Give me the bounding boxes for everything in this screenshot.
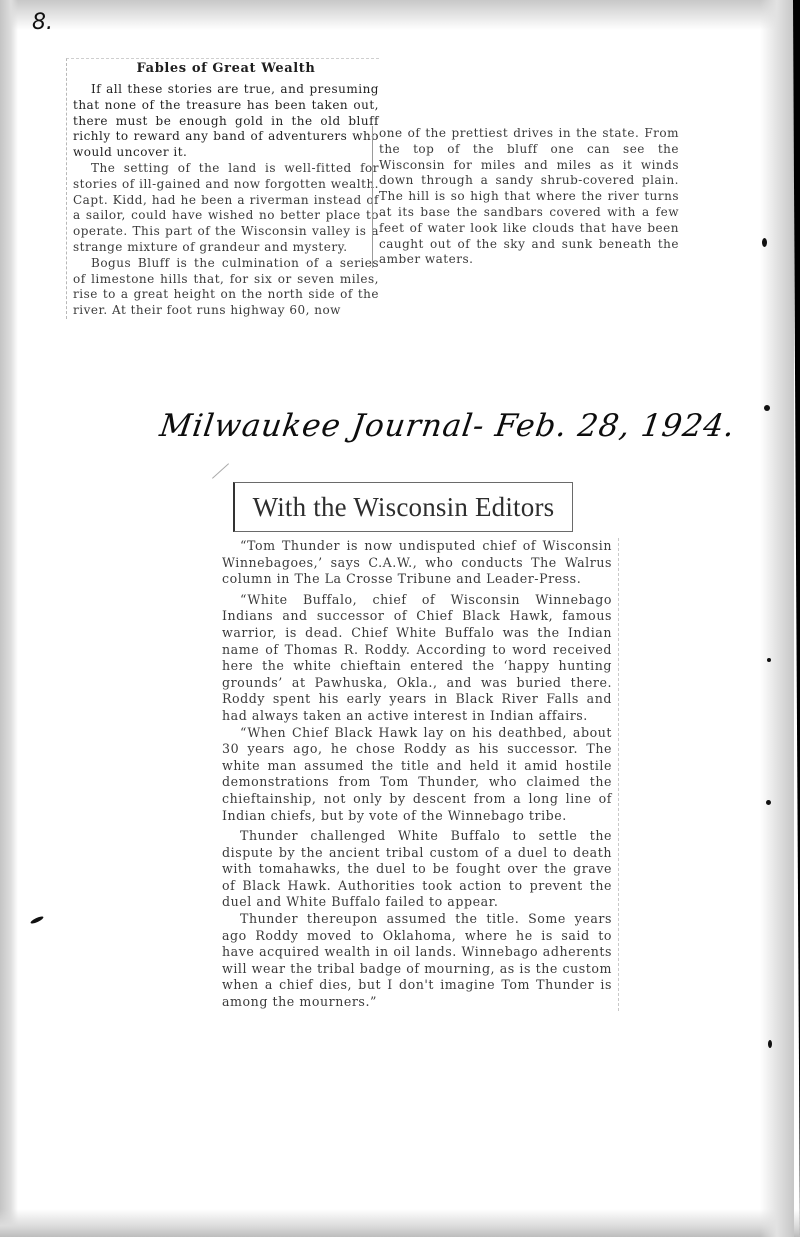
clipping-paragraph: Bogus Bluff is the culmination of a seri… [73,256,379,319]
article-headline-box: With the Wisconsin Editors [233,482,573,532]
article-paragraph: “Tom Thunder is now undisputed chief of … [222,538,612,588]
page-shade-right [760,0,794,1237]
clipping-left-column: Fables of Great Wealth If all these stor… [66,58,379,319]
article-paragraph: “White Buffalo, chief of Wisconsin Winne… [222,592,612,725]
page-shade-left [0,0,18,1237]
clipping-paragraph: The setting of the land is well-fitted f… [73,161,379,256]
clipping-paragraph: one of the prettiest drives in the state… [379,126,679,268]
article-paragraph: Thunder thereupon assumed the title. Som… [222,911,612,1011]
scan-mark [30,915,44,925]
scan-mark [764,405,770,411]
scan-mark [767,658,771,662]
page-number: 8. [32,10,53,35]
scan-mark [766,800,771,805]
page-shade-bottom [0,1209,800,1237]
clipping-paragraph: If all these stories are true, and presu… [73,82,379,161]
scan-mark [768,1040,772,1048]
scan-mark [762,238,767,247]
article-paragraph: “When Chief Black Hawk lay on his deathb… [222,725,612,825]
article-body: “Tom Thunder is now undisputed chief of … [222,538,619,1011]
clipping-headline: Fables of Great Wealth [73,61,379,76]
clipping-right-column: one of the prettiest drives in the state… [372,126,679,268]
clipping-fables-of-great-wealth: Fables of Great Wealth If all these stor… [66,58,686,368]
article-paragraph: Thunder challenged White Buffalo to sett… [222,828,612,911]
page-shade-top [0,0,800,30]
handwritten-source-annotation: Milwaukee Journal- Feb. 28, 1924. [157,408,662,444]
article-headline: With the Wisconsin Editors [253,492,555,523]
